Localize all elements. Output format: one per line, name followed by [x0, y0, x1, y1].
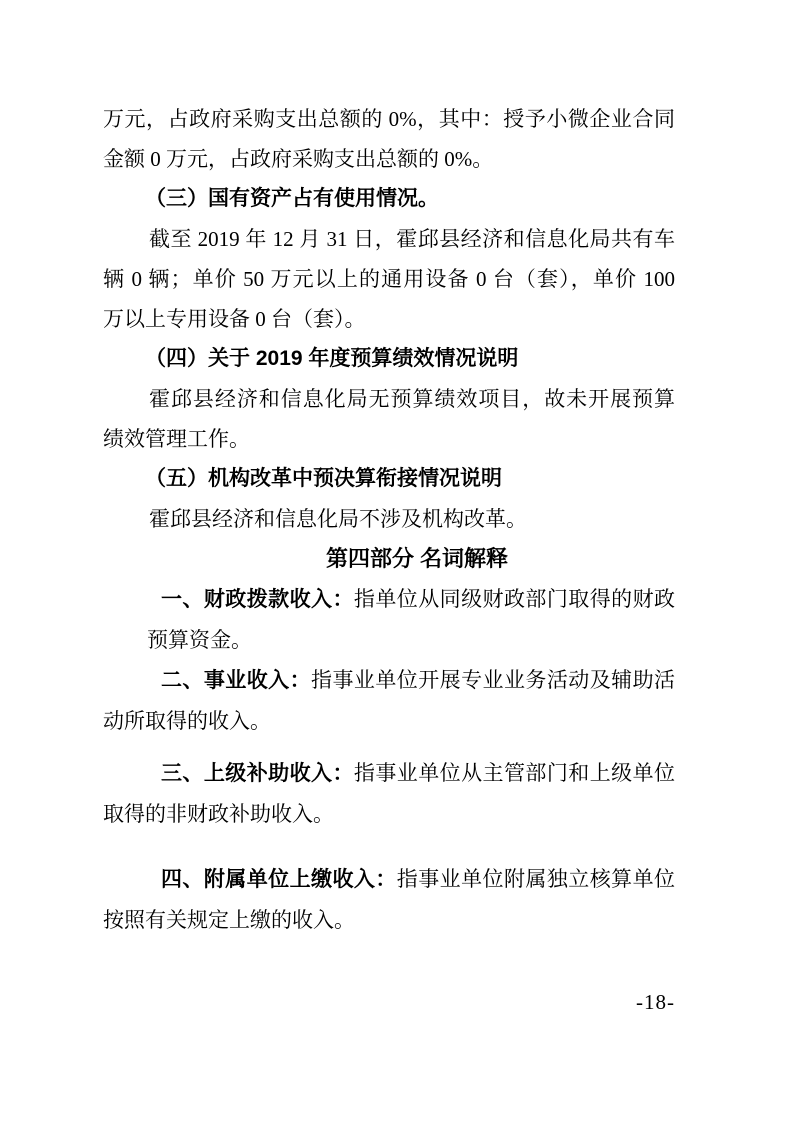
- heading-state-assets: （三）国有资产占有使用情况。: [103, 179, 675, 219]
- text-run: 霍邱县经济和信息化局无预算绩效项目，故未开展预算: [149, 387, 675, 411]
- text-run: 指单位从同级财政部门取得的财政: [354, 587, 675, 611]
- text-line: 预算资金。: [147, 620, 675, 660]
- text-run: （四）关于 2019 年度预算绩效情况说明: [145, 347, 518, 370]
- text-line: 金额 0 万元，占政府采购支出总额的 0%。: [103, 139, 675, 179]
- text-run: 霍邱县经济和信息化局不涉及机构改革。: [149, 507, 527, 531]
- text-run: 按照有关规定上缴的收入。: [103, 908, 355, 932]
- text-run: 指事业单位附属独立核算单位: [397, 867, 675, 891]
- text-run: 辆 0 辆；单价 50 万元以上的通用设备 0 台（套），单价 100: [103, 267, 675, 291]
- text-run: 取得的非财政补助收入。: [103, 802, 334, 826]
- paragraph-procurement-continuation: 万元，占政府采购支出总额的 0%，其中：授予小微企业合同金额 0 万元，占政府采…: [103, 99, 675, 179]
- text-line: 截至 2019 年 12 月 31 日，霍邱县经济和信息化局共有车: [103, 219, 675, 259]
- text-line: 一、财政拨款收入：指单位从同级财政部门取得的财政: [147, 579, 675, 620]
- term-subordinate-remittance-income: 四、附属单位上缴收入：指事业单位附属独立核算单位按照有关规定上缴的收入。: [103, 859, 675, 940]
- text-line: 辆 0 辆；单价 50 万元以上的通用设备 0 台（套），单价 100: [103, 259, 675, 299]
- text-run: 指事业单位从主管部门和上级单位: [354, 761, 675, 785]
- term-label: 三、上级补助收入：: [161, 762, 354, 785]
- text-line: 第四部分 名词解释: [103, 539, 675, 579]
- text-line: （五）机构改革中预决算衔接情况说明: [103, 459, 675, 499]
- text-run: 指事业单位开展专业业务活动及辅助活: [311, 668, 675, 692]
- text-line: 霍邱县经济和信息化局不涉及机构改革。: [103, 499, 675, 539]
- text-run: 预算资金。: [147, 628, 252, 652]
- text-line: （四）关于 2019 年度预算绩效情况说明: [103, 339, 675, 379]
- paragraph-state-assets: 截至 2019 年 12 月 31 日，霍邱县经济和信息化局共有车辆 0 辆；单…: [103, 219, 675, 339]
- text-line: 二、事业收入：指事业单位开展专业业务活动及辅助活: [103, 660, 675, 701]
- paragraph-institutional-reform: 霍邱县经济和信息化局不涉及机构改革。: [103, 499, 675, 539]
- text-run: 万以上专用设备 0 台（套）。: [103, 307, 366, 331]
- text-run: 动所取得的收入。: [103, 709, 271, 733]
- text-line: 万元，占政府采购支出总额的 0%，其中：授予小微企业合同: [103, 99, 675, 139]
- text-run: 万元，占政府采购支出总额的 0%，其中：授予小微企业合同: [103, 107, 675, 131]
- text-line: 按照有关规定上缴的收入。: [103, 900, 675, 940]
- section-title-part4: 第四部分 名词解释: [103, 539, 675, 579]
- text-run: 截至 2019 年 12 月 31 日，霍邱县经济和信息化局共有车: [149, 227, 675, 251]
- term-label: 一、财政拨款收入：: [161, 588, 354, 611]
- term-label: 二、事业收入：: [161, 669, 311, 692]
- page-number: -18-: [636, 990, 675, 1014]
- heading-institutional-reform: （五）机构改革中预决算衔接情况说明: [103, 459, 675, 499]
- text-line: 绩效管理工作。: [103, 419, 675, 459]
- text-line: 霍邱县经济和信息化局无预算绩效项目，故未开展预算: [103, 379, 675, 419]
- document-page: 万元，占政府采购支出总额的 0%，其中：授予小微企业合同金额 0 万元，占政府采…: [0, 0, 793, 1122]
- paragraph-budget-performance: 霍邱县经济和信息化局无预算绩效项目，故未开展预算绩效管理工作。: [103, 379, 675, 459]
- document-content: 万元，占政府采购支出总额的 0%，其中：授予小微企业合同金额 0 万元，占政府采…: [103, 99, 675, 940]
- text-run: 金额 0 万元，占政府采购支出总额的 0%。: [103, 147, 493, 171]
- heading-budget-performance: （四）关于 2019 年度预算绩效情况说明: [103, 339, 675, 379]
- term-operating-income: 二、事业收入：指事业单位开展专业业务活动及辅助活动所取得的收入。: [103, 660, 675, 741]
- text-line: 动所取得的收入。: [103, 701, 675, 741]
- term-superior-subsidy-income: 三、上级补助收入：指事业单位从主管部门和上级单位取得的非财政补助收入。: [103, 753, 675, 834]
- text-line: （三）国有资产占有使用情况。: [103, 179, 675, 219]
- term-fiscal-appropriation-income: 一、财政拨款收入：指单位从同级财政部门取得的财政预算资金。: [147, 579, 675, 660]
- text-run: （三）国有资产占有使用情况。: [145, 187, 439, 210]
- text-run: 第四部分 名词解释: [326, 546, 508, 571]
- text-line: 万以上专用设备 0 台（套）。: [103, 299, 675, 339]
- text-line: 三、上级补助收入：指事业单位从主管部门和上级单位: [103, 753, 675, 794]
- text-line: 四、附属单位上缴收入：指事业单位附属独立核算单位: [103, 859, 675, 900]
- text-line: 取得的非财政补助收入。: [103, 794, 675, 834]
- text-run: （五）机构改革中预决算衔接情况说明: [145, 467, 502, 490]
- text-run: 绩效管理工作。: [103, 427, 250, 451]
- term-label: 四、附属单位上缴收入：: [161, 868, 397, 891]
